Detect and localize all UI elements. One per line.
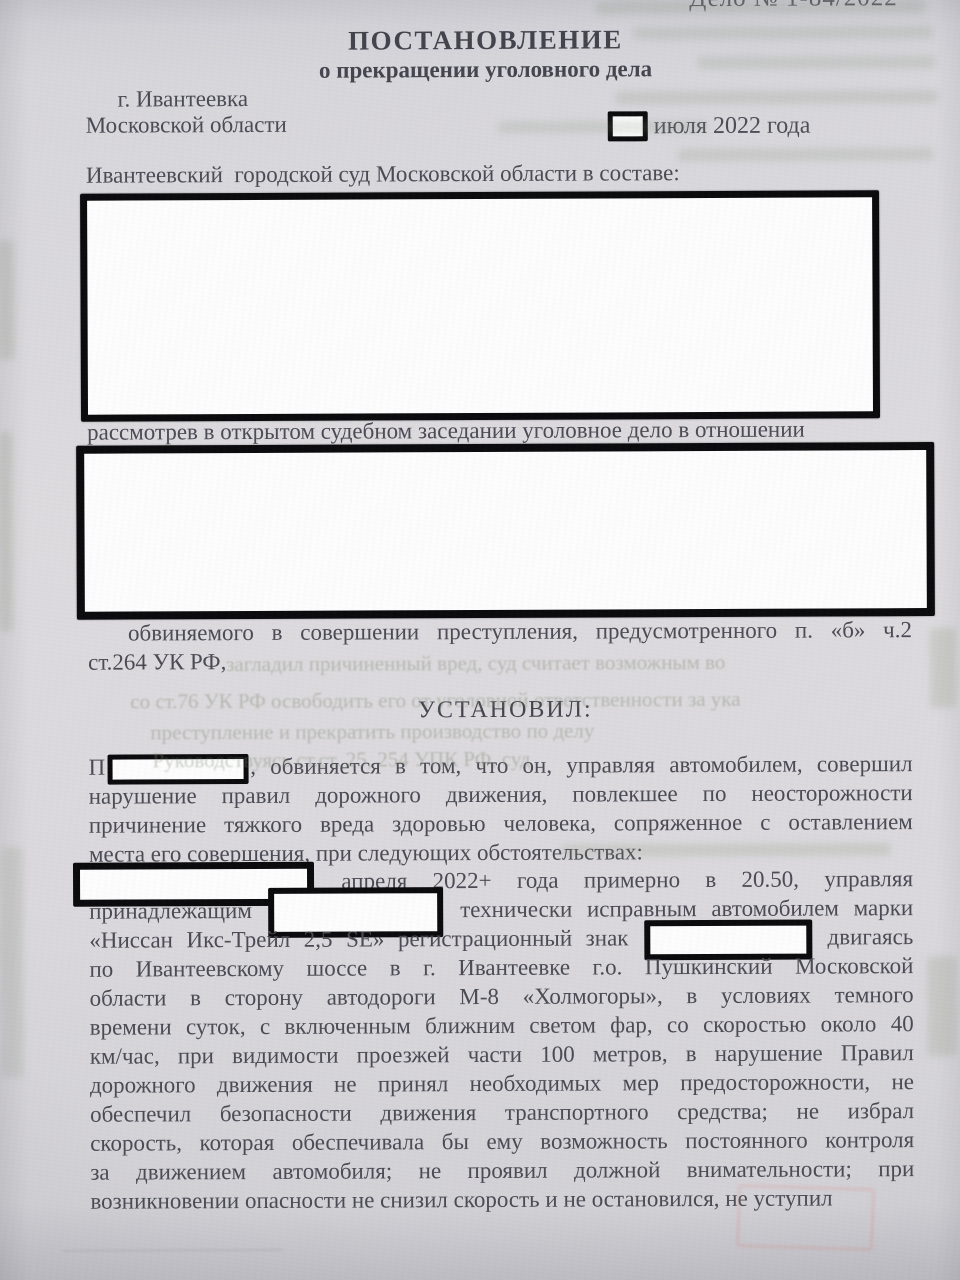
text-line: причинение тяжкого вреда здоровью челове…: [89, 807, 913, 840]
text-line: км/час, при видимости проезжей части 100…: [90, 1038, 914, 1071]
text-line: по Ивантеевскому шоссе в г. Ивантеевке г…: [89, 951, 913, 984]
text-line: скорость, которая обеспечивала бы ему во…: [90, 1125, 914, 1158]
text-line: за движением автомобиля; не проявил долж…: [90, 1154, 914, 1187]
bleedthrough-text: Руководствуясь ст.ст. 25, 254 УПК РФ, су…: [152, 747, 530, 774]
redaction-box-defendant-info: [76, 442, 935, 620]
bleedthrough-smudge: [561, 843, 891, 856]
considered-line: рассмотрев в открытом судебном заседании…: [87, 416, 887, 445]
bleedthrough-smudge: [498, 121, 708, 133]
bleedthrough-smudge: [0, 240, 15, 360]
bleedthrough-smudge: [595, 0, 925, 14]
text-line: обеспечил безопасности движения транспор…: [90, 1096, 914, 1129]
bleedthrough-smudge: [697, 56, 935, 69]
bleedthrough-smudge: [678, 148, 934, 161]
text-line: дорожного движения не принял необходимых…: [90, 1067, 914, 1100]
stamp-remnant: [737, 1185, 875, 1251]
text-line: времени суток, с включенным ближним свет…: [90, 1009, 914, 1042]
bleedthrough-smudge: [930, 628, 956, 708]
fold-mark: [63, 1249, 283, 1252]
court-line: Ивантеевский городской суд Московской об…: [86, 160, 680, 189]
text-line: обвиняемого в совершении преступления, п…: [88, 615, 912, 648]
place-city: г. Ивантеевка: [86, 86, 287, 113]
redaction-box-court-composition: [80, 190, 880, 421]
bleedthrough-text: преступление и прекратить производство п…: [150, 719, 594, 746]
place-block: г. Ивантеевка Московской области: [86, 86, 287, 139]
bleedthrough-text: со ст.76 УК РФ освободить его от уголовн…: [130, 687, 740, 715]
bleedthrough-smudge: [633, 26, 933, 39]
bleedthrough-smudge: [1, 847, 24, 1077]
bleedthrough-text: загладил причиненный вред, суд считает в…: [226, 650, 725, 677]
scanned-court-document: Дело № 1-84/2022 ПОСТАНОВЛЕНИЕ о прекращ…: [0, 0, 960, 1280]
bleedthrough-smudge: [927, 956, 957, 1056]
bleedthrough-smudge: [0, 432, 13, 632]
text-line: области в сторону автодороги М-8 «Холмог…: [89, 980, 913, 1013]
document-content: Дело № 1-84/2022 ПОСТАНОВЛЕНИЕ о прекращ…: [0, 0, 960, 1280]
text-line: апреля 2022+ года примерно в 20.50, упра…: [89, 864, 913, 897]
text-line: «Ниссан Икс-Трейл 2,5 SE» регистрационны…: [89, 922, 913, 955]
place-region: Московской области: [86, 112, 287, 139]
text-line: нарушение правил дорожного движения, пов…: [89, 778, 913, 811]
bleedthrough-smudge: [616, 90, 938, 104]
circumstances-paragraph: апреля 2022+ года примерно в 20.50, упра…: [89, 864, 915, 1216]
